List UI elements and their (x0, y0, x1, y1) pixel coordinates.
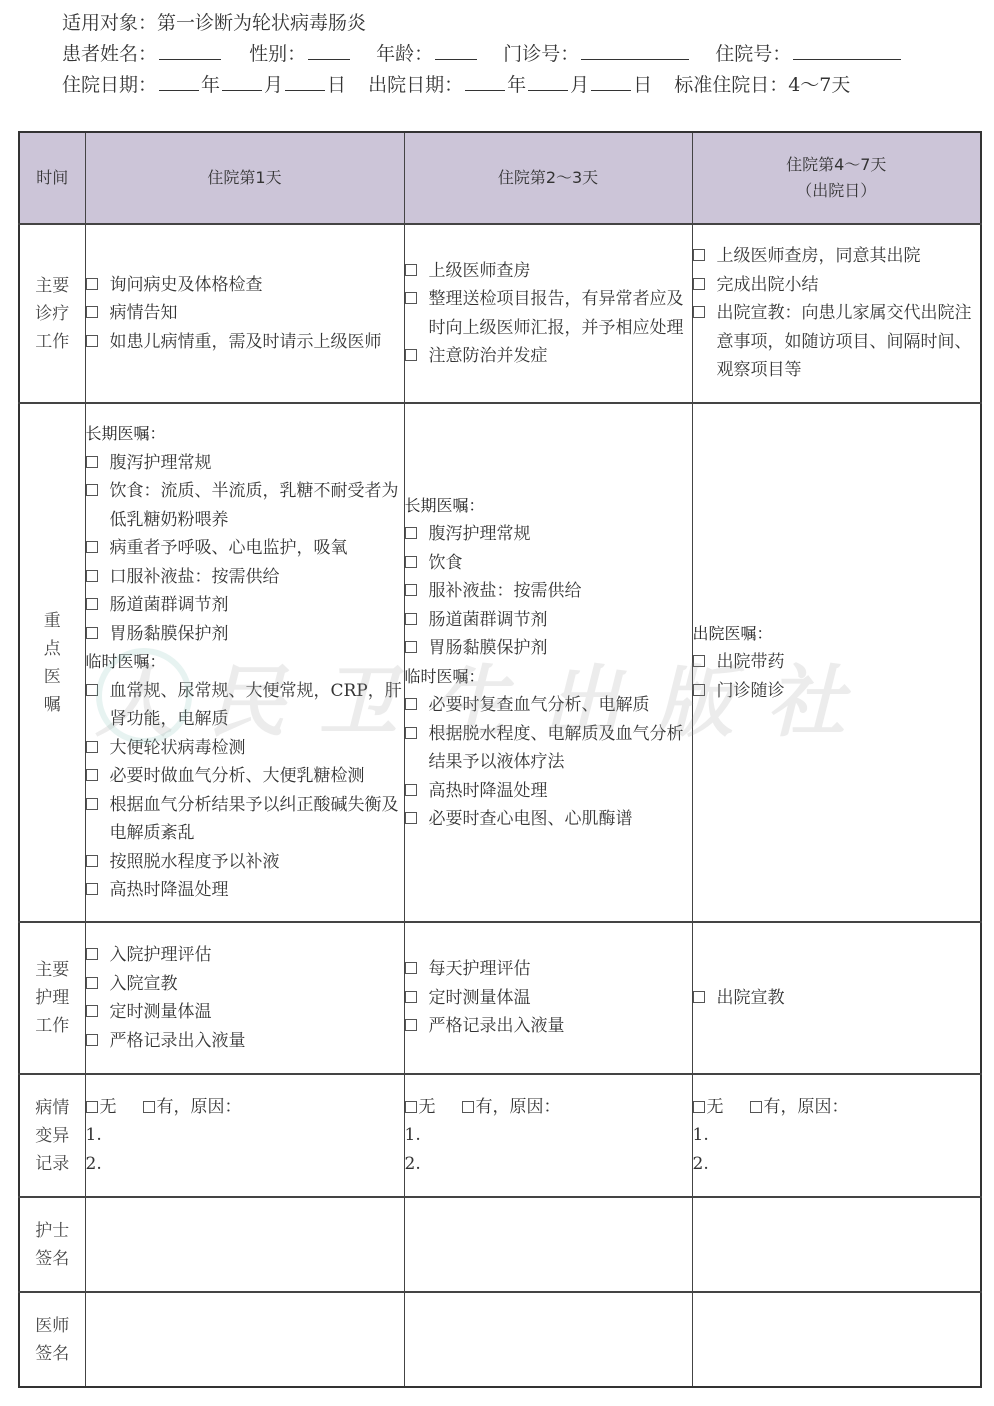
inpatient-no-label: 住院号： (715, 43, 791, 65)
checkbox-icon[interactable] (86, 684, 98, 696)
patient-name-field[interactable] (159, 39, 221, 60)
checkbox-icon[interactable] (405, 641, 417, 653)
checklist-item[interactable]: 定时测量体温 (86, 998, 404, 1027)
checklist-item[interactable]: 上级医师查房，同意其出院 (693, 242, 981, 271)
checkbox-icon[interactable] (405, 698, 417, 710)
doctor-signature-day1[interactable] (85, 1292, 404, 1387)
variance-day1: 无有，原因： 1. 2. (85, 1074, 404, 1197)
key-orders-day2-3: 长期医嘱： 腹泻护理常规 饮食 服补液盐：按需供给 肠道菌群调节剂 胃肠黏膜保护… (404, 403, 692, 922)
patient-name-label: 患者姓名： (62, 43, 157, 65)
checkbox-icon[interactable] (86, 948, 98, 960)
checkbox-yes[interactable] (143, 1101, 155, 1113)
checkbox-icon[interactable] (405, 812, 417, 824)
col-header-day4-7-title: 住院第4～7天 (693, 152, 981, 178)
checklist-item[interactable]: 饮食：流质、半流质，乳糖不耐受者为低乳糖奶粉喂养 (86, 477, 404, 534)
doctor-signature-day4-7[interactable] (692, 1292, 981, 1387)
checkbox-icon[interactable] (86, 484, 98, 496)
long-term-orders-title: 长期医嘱： (86, 420, 404, 449)
checkbox-icon[interactable] (405, 613, 417, 625)
checklist-item[interactable]: 肠道菌群调节剂 (405, 606, 692, 635)
day-label: 日 (327, 74, 346, 96)
checklist-item[interactable]: 注意防治并发症 (405, 342, 692, 371)
checklist-item[interactable]: 高热时降温处理 (86, 876, 404, 905)
checklist-item[interactable]: 腹泻护理常规 (405, 520, 692, 549)
checkbox-icon[interactable] (86, 1034, 98, 1046)
outpatient-no-label: 门诊号： (503, 43, 579, 65)
checkbox-icon[interactable] (86, 541, 98, 553)
checkbox-icon[interactable] (86, 977, 98, 989)
form-header: 适用对象：第一诊断为轮状病毒肠炎 患者姓名： 性别： 年龄： 门诊号： 住院号：… (62, 8, 962, 101)
doctor-signature-day2-3[interactable] (404, 1292, 692, 1387)
main-work-day1: 询问病史及体格检查 病情告知 如患儿病情重，需及时请示上级医师 (85, 224, 404, 403)
checklist-item[interactable]: 完成出院小结 (693, 271, 981, 300)
checkbox-icon[interactable] (86, 798, 98, 810)
row-key-orders: 重点医嘱 长期医嘱： 腹泻护理常规 饮食：流质、半流质，乳糖不耐受者为低乳糖奶粉… (19, 403, 981, 922)
checklist-item[interactable]: 口服补液盐：按需供给 (86, 563, 404, 592)
checklist-item[interactable]: 高热时降温处理 (405, 777, 692, 806)
checklist-item[interactable]: 入院宣教 (86, 970, 404, 999)
checkbox-icon[interactable] (86, 278, 98, 290)
col-header-day2-3: 住院第2～3天 (404, 132, 692, 224)
checklist-item[interactable]: 必要时查心电图、心肌酶谱 (405, 805, 692, 834)
dates-line: 住院日期：年月日 出院日期：年月日 标准住院日：4～7天 (62, 70, 962, 101)
checklist-item[interactable]: 每天护理评估 (405, 955, 692, 984)
age-field[interactable] (435, 39, 477, 60)
row-nurse-signature: 护士签名 (19, 1197, 981, 1292)
checkbox-icon[interactable] (86, 741, 98, 753)
checklist-item[interactable]: 胃肠黏膜保护剂 (86, 620, 404, 649)
col-header-time: 时间 (19, 132, 85, 224)
checklist-item[interactable]: 病情告知 (86, 299, 404, 328)
gender-field[interactable] (308, 39, 350, 60)
row-main-work: 主要诊疗工作 询问病史及体格检查 病情告知 如患儿病情重，需及时请示上级医师 上… (19, 224, 981, 403)
row-label-key-orders: 重点医嘱 (19, 403, 85, 922)
checkbox-icon[interactable] (405, 349, 417, 361)
checkbox-icon[interactable] (405, 556, 417, 568)
month-label: 月 (264, 74, 283, 96)
checkbox-none[interactable] (693, 1101, 705, 1113)
row-doctor-signature: 医师签名 (19, 1292, 981, 1387)
checkbox-icon[interactable] (693, 278, 705, 290)
main-work-day4-7: 上级医师查房，同意其出院 完成出院小结 出院宣教：向患儿家属交代出院注意事项，如… (692, 224, 981, 403)
checklist-item[interactable]: 按照脱水程度予以补液 (86, 848, 404, 877)
checkbox-icon[interactable] (693, 991, 705, 1003)
checklist-item[interactable]: 血常规、尿常规、大便常规，CRP，肝肾功能，电解质 (86, 677, 404, 734)
checkbox-icon[interactable] (405, 292, 417, 304)
checklist-item[interactable]: 必要时做血气分析、大便乳糖检测 (86, 762, 404, 791)
checkbox-none[interactable] (86, 1101, 98, 1113)
checkbox-icon[interactable] (405, 784, 417, 796)
variance-day4-7: 无有，原因： 1. 2. (692, 1074, 981, 1197)
checklist-item[interactable]: 严格记录出入液量 (405, 1012, 692, 1041)
checkbox-none[interactable] (405, 1101, 417, 1113)
row-label-nursing: 主要护理工作 (19, 922, 85, 1074)
checkbox-icon[interactable] (86, 598, 98, 610)
nurse-signature-day1[interactable] (85, 1197, 404, 1292)
applicable-subject: 适用对象：第一诊断为轮状病毒肠炎 (62, 8, 962, 39)
row-variance: 病情变异记录 无有，原因： 1. 2. 无有，原因： 1. 2. 无有，原因： … (19, 1074, 981, 1197)
checklist-item[interactable]: 服补液盐：按需供给 (405, 577, 692, 606)
admission-month-field[interactable] (222, 70, 262, 91)
variance-line-1[interactable]: 1. (693, 1121, 981, 1150)
outpatient-no-field[interactable] (581, 39, 689, 60)
checkbox-icon[interactable] (693, 655, 705, 667)
age-label: 年龄： (376, 43, 433, 65)
table-header-row: 时间 住院第1天 住院第2～3天 住院第4～7天 （出院日） (19, 132, 981, 224)
admission-date-label: 住院日期： (62, 74, 157, 96)
checklist-item[interactable]: 大便轮状病毒检测 (86, 734, 404, 763)
checkbox-yes[interactable] (462, 1101, 474, 1113)
main-work-day2-3: 上级医师查房 整理送检项目报告，有异常者应及时向上级医师汇报，并予相应处理 注意… (404, 224, 692, 403)
temporary-orders-title: 临时医嘱： (405, 663, 692, 692)
checklist-item[interactable]: 整理送检项目报告，有异常者应及时向上级医师汇报，并予相应处理 (405, 285, 692, 342)
standard-stay: 标准住院日：4～7天 (674, 74, 850, 96)
admission-year-field[interactable] (159, 70, 199, 91)
variance-line-2[interactable]: 2. (693, 1150, 981, 1179)
discharge-date-label: 出院日期： (368, 74, 463, 96)
inpatient-no-field[interactable] (793, 39, 901, 60)
checklist-item[interactable]: 上级医师查房 (405, 257, 692, 286)
checkbox-icon[interactable] (86, 1005, 98, 1017)
variance-line-1[interactable]: 1. (405, 1121, 692, 1150)
nurse-signature-day2-3[interactable] (404, 1197, 692, 1292)
checklist-item[interactable]: 定时测量体温 (405, 984, 692, 1013)
checkbox-icon[interactable] (86, 570, 98, 582)
checklist-item[interactable]: 根据血气分析结果予以纠正酸碱失衡及电解质紊乱 (86, 791, 404, 848)
checklist-item[interactable]: 严格记录出入液量 (86, 1027, 404, 1056)
day-label: 日 (633, 74, 652, 96)
row-label-main-work: 主要诊疗工作 (19, 224, 85, 403)
discharge-month-field[interactable] (528, 70, 568, 91)
checklist-item[interactable]: 如患儿病情重，需及时请示上级医师 (86, 328, 404, 357)
checklist-item[interactable]: 腹泻护理常规 (86, 449, 404, 478)
checklist-item[interactable]: 病重者予呼吸、心电监护，吸氧 (86, 534, 404, 563)
clinical-pathway-table: 时间 住院第1天 住院第2～3天 住院第4～7天 （出院日） 主要诊疗工作 询问… (18, 131, 982, 1388)
checkbox-icon[interactable] (405, 727, 417, 739)
checklist-item[interactable]: 出院宣教：向患儿家属交代出院注意事项，如随访项目、间隔时间、观察项目等 (693, 299, 981, 385)
checkbox-icon[interactable] (405, 991, 417, 1003)
checkbox-icon[interactable] (693, 249, 705, 261)
checklist-item[interactable]: 门诊随诊 (693, 677, 981, 706)
checklist-item[interactable]: 询问病史及体格检查 (86, 271, 404, 300)
gender-label: 性别： (249, 43, 306, 65)
checkbox-icon[interactable] (86, 769, 98, 781)
checkbox-icon[interactable] (405, 527, 417, 539)
col-header-day1: 住院第1天 (85, 132, 404, 224)
variance-line-2[interactable]: 2. (405, 1150, 692, 1179)
month-label: 月 (570, 74, 589, 96)
checklist-item[interactable]: 必要时复查血气分析、电解质 (405, 691, 692, 720)
nursing-day1: 入院护理评估 入院宣教 定时测量体温 严格记录出入液量 (85, 922, 404, 1074)
row-label-variance: 病情变异记录 (19, 1074, 85, 1197)
variance-day2-3: 无有，原因： 1. 2. (404, 1074, 692, 1197)
checkbox-icon[interactable] (693, 684, 705, 696)
checkbox-icon[interactable] (693, 306, 705, 318)
col-header-discharge-day: （出院日） (693, 178, 981, 204)
discharge-day-field[interactable] (591, 70, 631, 91)
checklist-item[interactable]: 入院护理评估 (86, 941, 404, 970)
row-nursing: 主要护理工作 入院护理评估 入院宣教 定时测量体温 严格记录出入液量 每天护理评… (19, 922, 981, 1074)
nursing-day2-3: 每天护理评估 定时测量体温 严格记录出入液量 (404, 922, 692, 1074)
admission-day-field[interactable] (285, 70, 325, 91)
key-orders-day4-7: 出院医嘱： 出院带药 门诊随诊 (692, 403, 981, 922)
checkbox-icon[interactable] (405, 584, 417, 596)
checkbox-icon[interactable] (86, 627, 98, 639)
checkbox-icon[interactable] (405, 962, 417, 974)
discharge-orders-title: 出院医嘱： (693, 620, 981, 649)
checklist-item[interactable]: 胃肠黏膜保护剂 (405, 634, 692, 663)
row-label-nurse-signature: 护士签名 (19, 1197, 85, 1292)
row-label-doctor-signature: 医师签名 (19, 1292, 85, 1387)
checkbox-icon[interactable] (86, 855, 98, 867)
key-orders-day1: 长期医嘱： 腹泻护理常规 饮食：流质、半流质，乳糖不耐受者为低乳糖奶粉喂养 病重… (85, 403, 404, 922)
checkbox-icon[interactable] (86, 456, 98, 468)
variance-line-2[interactable]: 2. (86, 1150, 404, 1179)
nursing-day4-7: 出院宣教 (692, 922, 981, 1074)
year-label: 年 (507, 74, 526, 96)
patient-info-line: 患者姓名： 性别： 年龄： 门诊号： 住院号： (62, 39, 962, 70)
checkbox-icon[interactable] (405, 1019, 417, 1031)
checkbox-icon[interactable] (86, 335, 98, 347)
checkbox-icon[interactable] (405, 264, 417, 276)
long-term-orders-title: 长期医嘱： (405, 492, 692, 521)
checkbox-icon[interactable] (86, 883, 98, 895)
temporary-orders-title: 临时医嘱： (86, 648, 404, 677)
nurse-signature-day4-7[interactable] (692, 1197, 981, 1292)
checklist-item[interactable]: 出院带药 (693, 648, 981, 677)
checkbox-yes[interactable] (750, 1101, 762, 1113)
checklist-item[interactable]: 出院宣教 (693, 984, 981, 1013)
checklist-item[interactable]: 肠道菌群调节剂 (86, 591, 404, 620)
year-label: 年 (201, 74, 220, 96)
checklist-item[interactable]: 饮食 (405, 549, 692, 578)
checkbox-icon[interactable] (86, 306, 98, 318)
checklist-item[interactable]: 根据脱水程度、电解质及血气分析结果予以液体疗法 (405, 720, 692, 777)
variance-line-1[interactable]: 1. (86, 1121, 404, 1150)
col-header-day4-7: 住院第4～7天 （出院日） (692, 132, 981, 224)
discharge-year-field[interactable] (465, 70, 505, 91)
